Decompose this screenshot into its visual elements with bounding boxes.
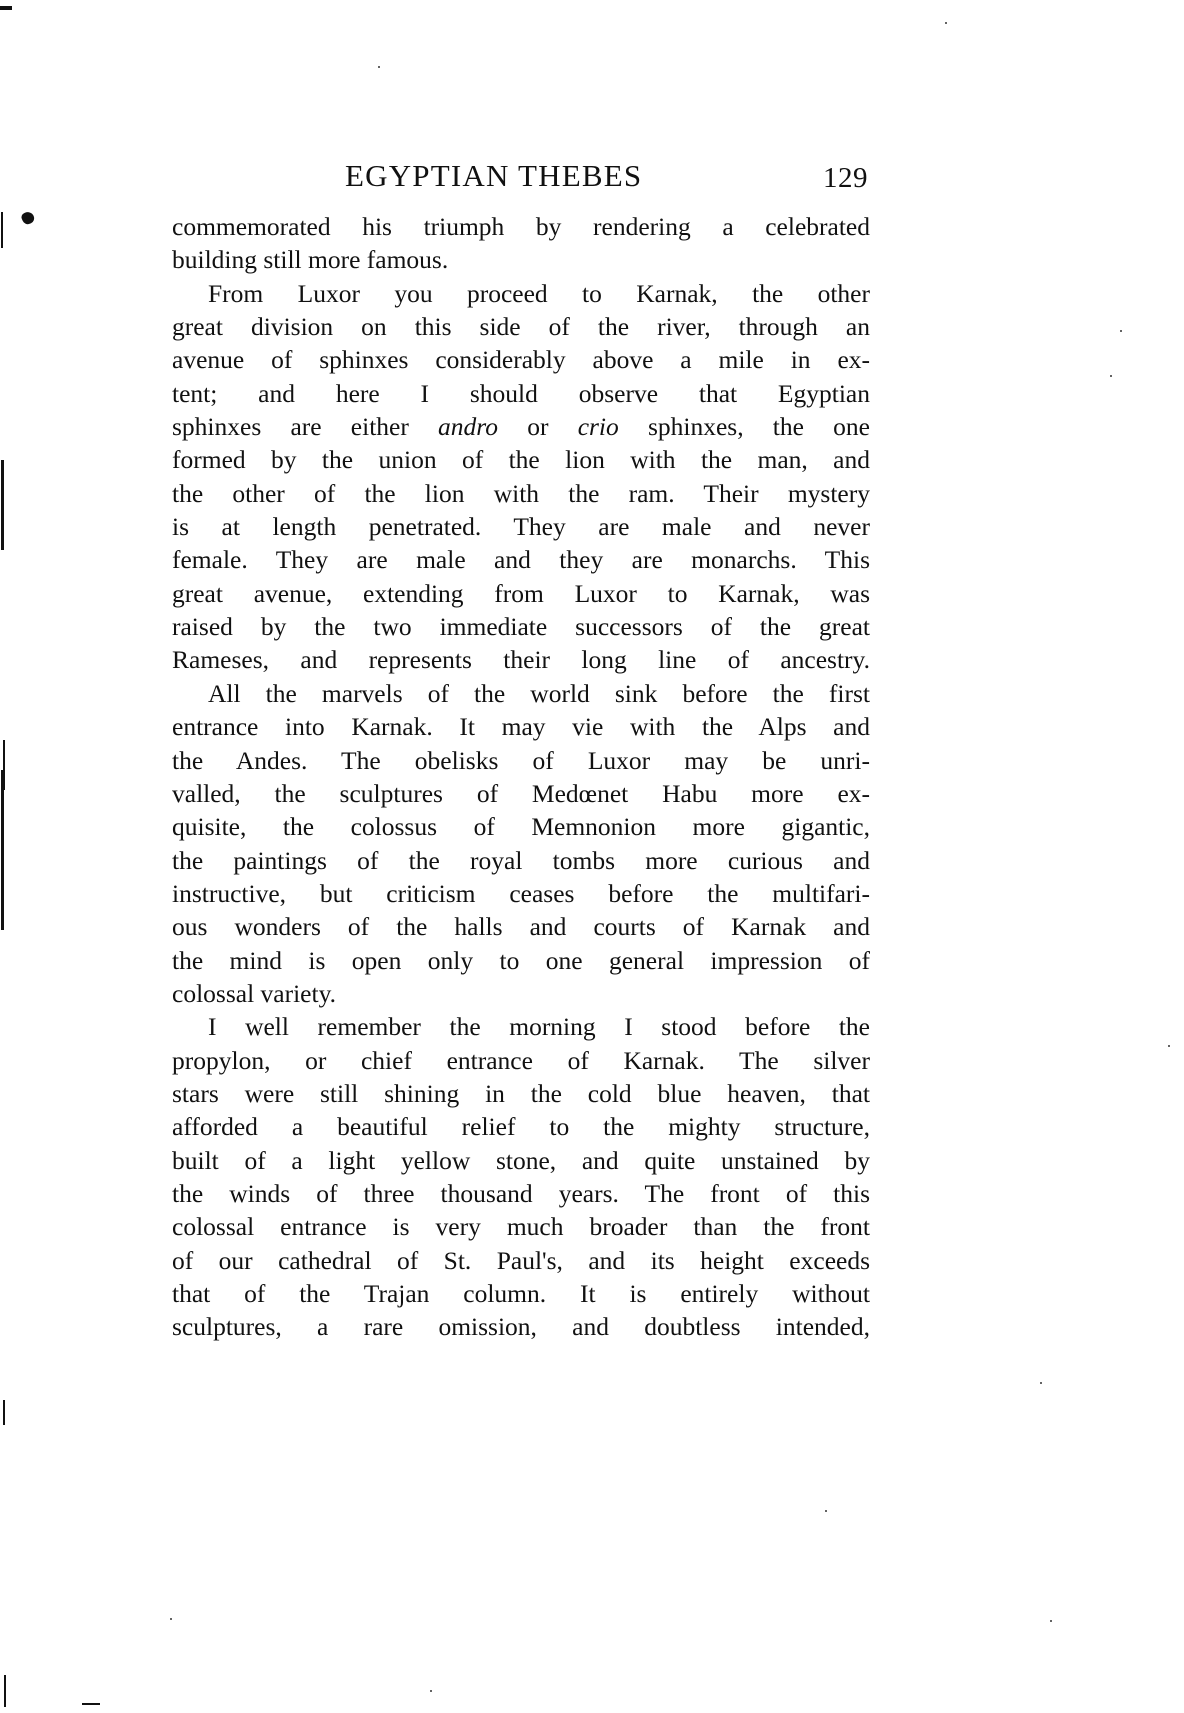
scan-edge-line (1, 212, 3, 248)
scan-speck (430, 1690, 432, 1692)
text-line: of our cathedral of St. Paul's, and its … (172, 1244, 870, 1277)
paragraph-first-line: I well remember the morning I stood befo… (172, 1010, 870, 1043)
scan-speck (825, 1510, 827, 1512)
text-line: female. They are male and they are monar… (172, 543, 870, 576)
scan-edge-line (1, 460, 4, 550)
text-line: tent; and here I should observe that Egy… (172, 377, 870, 410)
scan-speck (378, 66, 380, 68)
scan-speck (170, 1618, 172, 1620)
text-line: is at length penetrated. They are male a… (172, 510, 870, 543)
scanned-book-page: EGYPTIAN THEBES 129 commemorated his tri… (0, 0, 1184, 1713)
text-line: great avenue, extending from Luxor to Ka… (172, 577, 870, 610)
text-line: ous wonders of the halls and courts of K… (172, 910, 870, 943)
scan-edge-line (3, 1400, 5, 1425)
running-head: EGYPTIAN THEBES 129 (172, 158, 870, 194)
scan-speck (1120, 330, 1122, 332)
scan-speck (945, 22, 947, 24)
text-line: afforded a beautiful relief to the might… (172, 1110, 870, 1143)
text-line: building still more famous. (172, 243, 870, 276)
scan-speck (1168, 1045, 1170, 1047)
scan-edge-line (4, 1675, 6, 1707)
text-line: the other of the lion with the ram. Thei… (172, 477, 870, 510)
text-line: the paintings of the royal tombs more cu… (172, 844, 870, 877)
paragraph-first-line: From Luxor you proceed to Karnak, the ot… (172, 277, 870, 310)
text-line: propylon, or chief entrance of Karnak. T… (172, 1044, 870, 1077)
text-line: entrance into Karnak. It may vie with th… (172, 710, 870, 743)
scan-speck (1040, 1382, 1042, 1384)
text-line: quisite, the colossus of Memnonion more … (172, 810, 870, 843)
scan-speck (1110, 375, 1112, 377)
italic-term-crio: crio (578, 412, 619, 441)
text-line: formed by the union of the lion with the… (172, 443, 870, 476)
text-line: instructive, but criticism ceases before… (172, 877, 870, 910)
text-line-with-italics: sphinxes are either andro or crio sphinx… (172, 410, 870, 443)
scan-corner-mark (0, 6, 12, 10)
text-line: sculptures, a rare omission, and doubtle… (172, 1310, 870, 1343)
scan-edge-line (1, 770, 4, 930)
text-run: sphinxes, the one (619, 412, 870, 441)
scan-edge-dash (82, 1703, 100, 1705)
text-line: great division on this side of the river… (172, 310, 870, 343)
text-line: commemorated his triumph by rendering a … (172, 210, 870, 243)
text-run: sphinxes are either (172, 412, 438, 441)
scan-speck (1050, 1620, 1052, 1622)
text-line: colossal variety. (172, 977, 870, 1010)
text-line: Rameses, and represents their long line … (172, 643, 870, 676)
paragraph-first-line: All the marvels of the world sink before… (172, 677, 870, 710)
text-line: the winds of three thousand years. The f… (172, 1177, 870, 1210)
text-line: that of the Trajan column. It is entirel… (172, 1277, 870, 1310)
text-line: the mind is open only to one general imp… (172, 944, 870, 977)
text-line: built of a light yellow stone, and quite… (172, 1144, 870, 1177)
body-text: commemorated his triumph by rendering a … (172, 210, 870, 1344)
italic-term-andro: andro (438, 412, 498, 441)
text-line: stars were still shining in the cold blu… (172, 1077, 870, 1110)
text-line: avenue of sphinxes considerably above a … (172, 343, 870, 376)
text-line: the Andes. The obelisks of Luxor may be … (172, 744, 870, 777)
page-number: 129 (823, 160, 868, 196)
text-line: valled, the sculptures of Medœnet Habu m… (172, 777, 870, 810)
text-run: or (498, 412, 578, 441)
scan-smudge (20, 210, 36, 226)
running-title: EGYPTIAN THEBES (345, 158, 642, 194)
text-line: colossal entrance is very much broader t… (172, 1210, 870, 1243)
text-line: raised by the two immediate successors o… (172, 610, 870, 643)
